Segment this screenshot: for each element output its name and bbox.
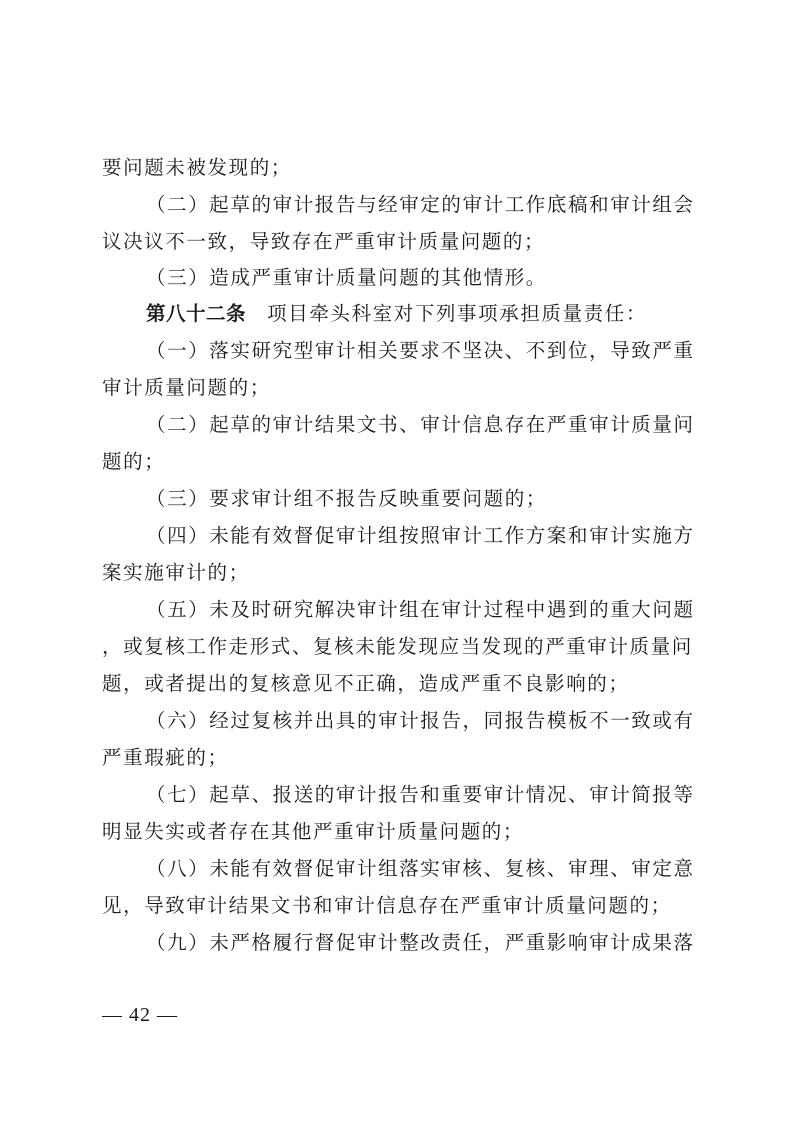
text-line: （七）起草、报送的审计报告和重要审计情况、审计简报等 [146, 783, 694, 807]
text-line: （四）未能有效督促审计组按照审计工作方案和审计实施方 [146, 524, 694, 548]
text-line: （二）起草的审计报告与经审定的审计工作底稿和审计组会 [146, 193, 694, 217]
text-line: 见，导致审计结果文书和审计信息存在严重审计质量问题的； [102, 894, 694, 918]
text-line: （六）经过复核并出具的审计报告，同报告模板不一致或有 [146, 709, 694, 733]
text-line: ，或复核工作走形式、复核未能发现应当发现的严重审计质量问 [102, 635, 694, 659]
text-line: 严重瑕疵的； [102, 746, 694, 770]
article-text: 项目牵头科室对下列事项承担质量责任： [246, 302, 647, 325]
document-page: 要问题未被发现的； （二）起草的审计报告与经审定的审计工作底稿和审计组会 议决议… [0, 0, 793, 1122]
article-heading-line: 第八十二条 项目牵头科室对下列事项承担质量责任： [146, 302, 694, 326]
text-line: 要问题未被发现的； [102, 156, 694, 180]
text-line: （二）起草的审计结果文书、审计信息存在严重审计质量问 [146, 413, 694, 437]
text-line: 题，或者提出的复核意见不正确，造成严重不良影响的； [102, 672, 694, 696]
text-line: （三）要求审计组不报告反映重要问题的； [146, 487, 694, 511]
text-line: 明显失实或者存在其他严重审计质量问题的； [102, 820, 694, 844]
page-number: — 42 — [102, 1004, 178, 1027]
article-number: 第八十二条 [146, 302, 246, 325]
text-line: （八）未能有效督促审计组落实审核、复核、审理、审定意 [146, 857, 694, 881]
text-line: 案实施审计的； [102, 561, 694, 585]
text-line: 审计质量问题的； [102, 376, 694, 400]
text-line: （三）造成严重审计质量问题的其他情形。 [146, 266, 694, 290]
text-line: （九）未严格履行督促审计整改责任，严重影响审计成果落 [146, 931, 694, 955]
text-line: 议决议不一致，导致存在严重审计质量问题的； [102, 230, 694, 254]
text-line: （五）未及时研究解决审计组在审计过程中遇到的重大问题 [146, 598, 694, 622]
text-line: 题的； [102, 450, 694, 474]
text-line: （一）落实研究型审计相关要求不坚决、不到位，导致严重 [146, 339, 694, 363]
